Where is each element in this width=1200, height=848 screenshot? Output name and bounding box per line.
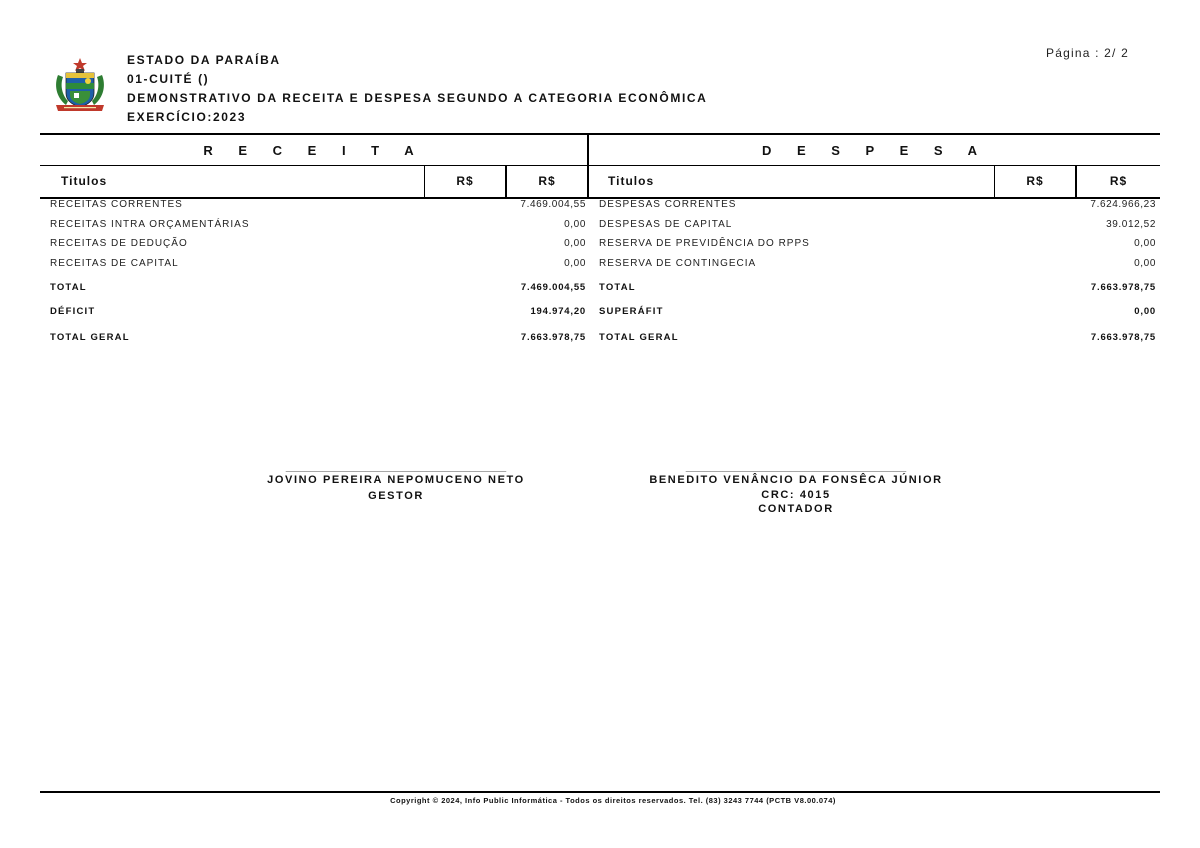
receita-row-label: RECEITAS DE CAPITAL: [50, 256, 179, 272]
receita-col-titulos: Titulos: [61, 166, 107, 197]
receita-col-rs-1: R$: [425, 166, 505, 197]
despesa-superavit-value: 0,00: [1010, 304, 1156, 320]
despesa-row-value: 7.624.966,23: [1010, 197, 1156, 213]
footer-divider: [40, 791, 1160, 793]
copyright-text: Copyright © 2024, Info Public Informátic…: [0, 796, 1200, 805]
signature-gestor: ____________________________________ JOV…: [256, 462, 536, 504]
despesa-row-label: RESERVA DE PREVIDÊNCIA DO RPPS: [599, 236, 810, 252]
receita-row-label: RECEITAS DE DEDUÇÃO: [50, 236, 188, 252]
despesa-total-label: TOTAL: [599, 280, 636, 296]
despesa-row-value: 0,00: [1010, 256, 1156, 272]
signature-line: ____________________________________: [646, 462, 946, 472]
signatory-crc: CRC: 4015: [646, 488, 946, 502]
receita-row-value: 0,00: [440, 217, 586, 233]
despesa-col-rs-2: R$: [1077, 166, 1160, 197]
receita-row-value: 0,00: [440, 256, 586, 272]
receita-total-value: 7.469.004,55: [440, 280, 586, 296]
receita-deficit-label: DÉFICIT: [50, 304, 95, 320]
fiscal-year: EXERCÍCIO:2023: [127, 108, 707, 127]
despesa-row-label: DESPESAS DE CAPITAL: [599, 217, 732, 233]
despesa-row-label: DESPESAS CORRENTES: [599, 197, 736, 213]
signatory-name: JOVINO PEREIRA NEPOMUCENO NETO: [256, 472, 536, 488]
receita-section-title: R E C E I T A: [40, 135, 588, 166]
receita-row-label: RECEITAS CORRENTES: [50, 197, 183, 213]
receita-row-value: 7.469.004,55: [440, 197, 586, 213]
signatory-role: CONTADOR: [646, 502, 946, 516]
signatory-name: BENEDITO VENÂNCIO DA FONSÊCA JÚNIOR: [646, 472, 946, 488]
signature-contador: ____________________________________ BEN…: [646, 462, 946, 516]
despesa-section-title: D E S P E S A: [590, 135, 1160, 166]
receita-row-label: RECEITAS INTRA ORÇAMENTÁRIAS: [50, 217, 250, 233]
despesa-row-value: 39.012,52: [1010, 217, 1156, 233]
title-divider: [40, 165, 1160, 166]
despesa-row-label: RESERVA DE CONTINGECIA: [599, 256, 756, 272]
state-name: ESTADO DA PARAÍBA: [127, 51, 707, 70]
despesa-superavit-label: SUPERÁFIT: [599, 304, 664, 320]
signature-line: ____________________________________: [256, 462, 536, 472]
report-title: DEMONSTRATIVO DA RECEITA E DESPESA SEGUN…: [127, 89, 707, 108]
municipality: 01-CUITÉ (): [127, 70, 707, 89]
despesa-total-geral-label: TOTAL GERAL: [599, 330, 679, 346]
despesa-col-titulos: Titulos: [608, 166, 654, 197]
receita-total-label: TOTAL: [50, 280, 87, 296]
center-divider: [587, 135, 589, 198]
receita-col-rs-2: R$: [507, 166, 587, 197]
receita-deficit-value: 194.974,20: [440, 304, 586, 320]
page-number: Página : 2/ 2: [1046, 46, 1129, 60]
signatory-role: GESTOR: [256, 488, 536, 504]
despesa-total-value: 7.663.978,75: [1010, 280, 1156, 296]
receita-row-value: 0,00: [440, 236, 586, 252]
coat-of-arms-icon: [52, 57, 108, 113]
despesa-row-value: 0,00: [1010, 236, 1156, 252]
receita-total-geral-value: 7.663.978,75: [440, 330, 586, 346]
report-header: ESTADO DA PARAÍBA 01-CUITÉ () DEMONSTRAT…: [127, 51, 707, 127]
despesa-col-rs-1: R$: [995, 166, 1075, 197]
despesa-total-geral-value: 7.663.978,75: [1010, 330, 1156, 346]
receita-total-geral-label: TOTAL GERAL: [50, 330, 130, 346]
